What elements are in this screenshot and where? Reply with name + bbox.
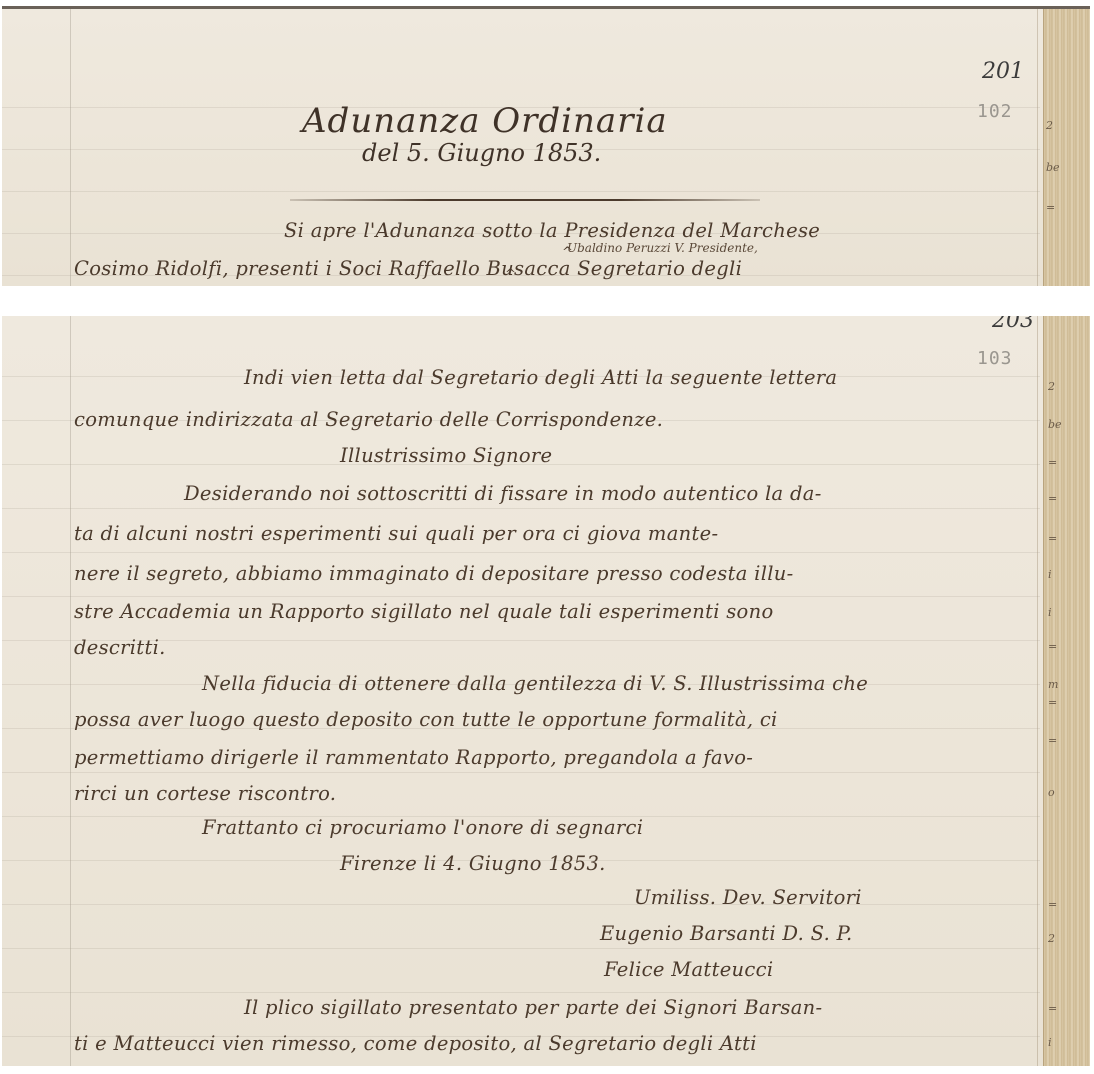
ruled-line <box>2 552 1040 553</box>
text-line: Desiderando noi sottoscritti di fissare … <box>184 482 822 505</box>
folio-number-ink: 203 <box>992 316 1034 333</box>
margin-mark: = <box>1048 898 1057 911</box>
text-line: rirci un cortese riscontro. <box>74 782 336 805</box>
text-line: Cosimo Ridolfi, presenti i Soci Raffaell… <box>74 257 742 280</box>
text-line: Il plico sigillato presentato per parte … <box>244 996 822 1019</box>
manuscript-page-top: 201 102 Adunanza Ordinaria del 5. Giugno… <box>2 6 1090 286</box>
margin-mark: = <box>1048 734 1057 747</box>
ruled-line <box>2 948 1040 949</box>
text-line: comunque indirizzata al Segretario delle… <box>74 408 663 431</box>
text-line: descritti. <box>74 636 166 659</box>
text-line: possa aver luogo questo deposito con tut… <box>74 708 778 731</box>
text-line: Nella fiducia di ottenere dalla gentilez… <box>202 672 868 695</box>
margin-mark: i <box>1048 606 1052 619</box>
ruled-line <box>2 904 1040 905</box>
margin-mark: o <box>1048 786 1055 799</box>
ruled-line <box>2 772 1040 773</box>
signature-matteucci: Felice Matteucci <box>604 958 773 981</box>
text-line: nere il segreto, abbiamo immaginato di d… <box>74 562 794 585</box>
margin-mark: = <box>1048 492 1057 505</box>
right-margin-rule <box>1037 316 1038 1066</box>
margin-mark: = <box>1046 201 1055 214</box>
margin-mark: be <box>1048 418 1062 431</box>
ruled-line <box>2 992 1040 993</box>
margin-mark: i <box>1048 568 1052 581</box>
text-line: ta di alcuni nostri esperimenti sui qual… <box>74 522 718 545</box>
folio-number-stamp: 102 <box>977 101 1013 122</box>
margin-mark: 2 <box>1048 380 1055 393</box>
margin-mark: 2 <box>1048 932 1055 945</box>
text-line: Indi vien letta dal Segretario degli Att… <box>244 366 837 389</box>
margin-mark: = <box>1048 696 1057 709</box>
margin-mark: i <box>1048 1036 1052 1049</box>
left-margin-rule <box>70 316 71 1066</box>
margin-mark: m <box>1048 678 1058 691</box>
book-page-edge <box>1043 9 1090 286</box>
interlinear-insertion: Ubaldino Peruzzi V. Presidente, <box>567 241 758 255</box>
folio-number-ink: 201 <box>982 59 1024 84</box>
margin-mark: = <box>1048 456 1057 469</box>
salutation: Illustrissimo Signore <box>340 444 552 467</box>
manuscript-page-bottom: 203 103 Indi vien letta dal Segretario d… <box>2 316 1090 1066</box>
margin-mark: 2 <box>1046 119 1053 132</box>
title-divider <box>290 199 760 201</box>
margin-mark: = <box>1048 1002 1057 1015</box>
text-line: ti e Matteucci vien rimesso, come deposi… <box>74 1032 757 1055</box>
signature-barsanti: Eugenio Barsanti D. S. P. <box>600 922 853 945</box>
ruled-line <box>2 508 1040 509</box>
margin-mark: = <box>1048 532 1057 545</box>
text-line: stre Accademia un Rapporto sigillato nel… <box>74 600 773 623</box>
signature-closing: Umiliss. Dev. Servitori <box>634 886 862 909</box>
folio-number-stamp: 103 <box>977 348 1013 369</box>
right-margin-rule <box>1037 9 1038 286</box>
margin-mark: be <box>1046 161 1060 174</box>
ruled-line <box>2 596 1040 597</box>
closing-line: Frattanto ci procuriamo l'onore di segna… <box>202 816 643 839</box>
page-subtitle-date: del 5. Giugno 1853. <box>362 139 601 167</box>
ruled-line <box>2 191 1040 192</box>
text-line: Si apre l'Adunanza sotto la Presidenza d… <box>284 219 820 242</box>
left-margin-rule <box>70 9 71 286</box>
margin-mark: = <box>1048 640 1057 653</box>
text-line: permettiamo dirigerle il rammentato Rapp… <box>74 746 753 769</box>
page-title: Adunanza Ordinaria <box>302 101 668 141</box>
letter-date: Firenze li 4. Giugno 1853. <box>340 852 606 875</box>
